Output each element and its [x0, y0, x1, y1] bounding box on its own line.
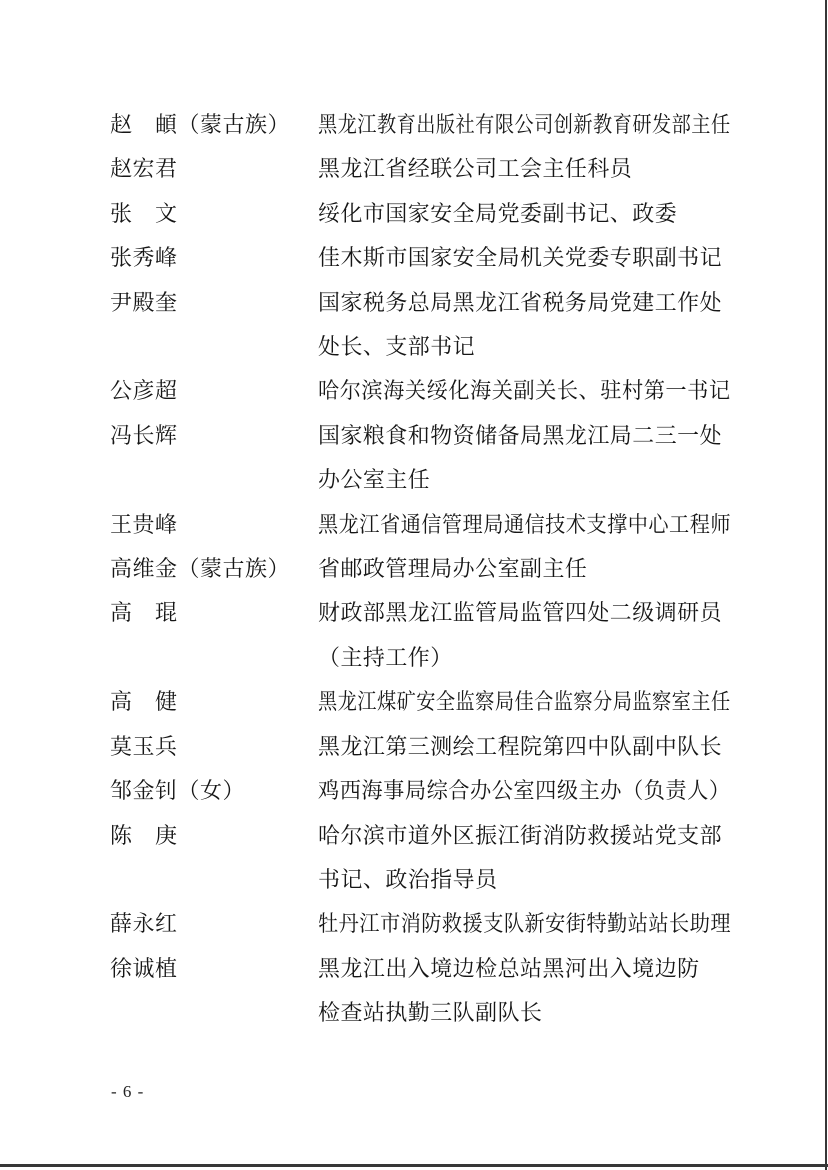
list-entry: 王贵峰黑龙江省通信管理局通信技术支撑中心工程师: [110, 503, 760, 547]
list-entry: 赵宏君黑龙江省经联公司工会主任科员: [110, 147, 760, 191]
list-entry: 张秀峰佳木斯市国家安全局机关党委专职副书记: [110, 236, 760, 280]
scan-edge-bottom-line: [0, 1164, 828, 1167]
list-entry: 张 文绥化市国家安全局党委副书记、政委: [110, 192, 760, 236]
list-entry: 尹殿奎国家税务总局黑龙江省税务局党建工作处处长、支部书记: [110, 281, 760, 370]
person-position: 黑龙江省通信管理局通信技术支撑中心工程师: [318, 503, 732, 547]
position-line: 鸡西海事局综合办公室四级主办（负责人）: [318, 769, 718, 813]
person-name: 张秀峰: [110, 236, 318, 280]
person-position: 黑龙江第三测绘工程院第四中队副中队长: [318, 725, 732, 769]
position-line: 书记、政治指导员: [318, 858, 731, 902]
person-name: 徐诚植: [110, 947, 318, 991]
list-entry: 高 健黑龙江煤矿安全监察局佳合监察分局监察室主任: [110, 680, 760, 724]
person-position: 绥化市国家安全局党委副书记、政委: [318, 192, 732, 236]
person-name: 赵 頔（蒙古族）: [110, 103, 318, 147]
person-name: 王贵峰: [110, 503, 318, 547]
person-position: 国家粮食和物资储备局黑龙江局二三一处办公室主任: [318, 414, 732, 503]
position-line: 黑龙江教育出版社有限公司创新教育研发部主任: [318, 103, 680, 147]
person-name: 赵宏君: [110, 147, 318, 191]
list-entry: 陈 庚哈尔滨市道外区振江街消防救援站党支部书记、政治指导员: [110, 814, 760, 903]
person-name: 冯长辉: [110, 414, 318, 458]
list-entry: 公彦超哈尔滨海关绥化海关副关长、驻村第一书记: [110, 369, 760, 413]
position-line: 牡丹江市消防救援支队新安街特勤站站长助理: [318, 902, 698, 946]
list-entry: 莫玉兵黑龙江第三测绘工程院第四中队副中队长: [110, 725, 760, 769]
person-name: 高 健: [110, 680, 318, 724]
position-line: 财政部黑龙江监管局监管四处二级调研员: [318, 591, 731, 635]
position-line: 处长、支部书记: [318, 325, 731, 369]
person-name: 张 文: [110, 192, 318, 236]
position-line: 黑龙江出入境边检总站黑河出入境边防: [318, 947, 731, 991]
document-page: 赵 頔（蒙古族）黑龙江教育出版社有限公司创新教育研发部主任赵宏君黑龙江省经联公司…: [0, 0, 828, 1170]
position-line: 哈尔滨市道外区振江街消防救援站党支部: [318, 814, 731, 858]
person-position: 黑龙江省经联公司工会主任科员: [318, 147, 732, 191]
person-position: 佳木斯市国家安全局机关党委专职副书记: [318, 236, 732, 280]
person-name: 高 琨: [110, 591, 318, 635]
position-line: 黑龙江煤矿安全监察局佳合监察分局监察室主任: [318, 680, 680, 724]
list-entry: 高维金（蒙古族）省邮政管理局办公室副主任: [110, 547, 760, 591]
position-line: 佳木斯市国家安全局机关党委专职副书记: [318, 236, 731, 280]
position-line: 黑龙江第三测绘工程院第四中队副中队长: [318, 725, 731, 769]
person-position: 牡丹江市消防救援支队新安街特勤站站长助理: [318, 902, 732, 946]
person-position: 国家税务总局黑龙江省税务局党建工作处处长、支部书记: [318, 281, 732, 370]
position-line: 哈尔滨海关绥化海关副关长、驻村第一书记: [318, 369, 718, 413]
position-line: 省邮政管理局办公室副主任: [318, 547, 731, 591]
list-entry: 赵 頔（蒙古族）黑龙江教育出版社有限公司创新教育研发部主任: [110, 103, 760, 147]
person-name: 薛永红: [110, 902, 318, 946]
position-line: 办公室主任: [318, 458, 731, 502]
person-name: 公彦超: [110, 369, 318, 413]
page-number: - 6 -: [111, 1082, 144, 1102]
person-name: 莫玉兵: [110, 725, 318, 769]
honor-list: 赵 頔（蒙古族）黑龙江教育出版社有限公司创新教育研发部主任赵宏君黑龙江省经联公司…: [110, 103, 760, 1036]
position-line: 国家粮食和物资储备局黑龙江局二三一处: [318, 414, 731, 458]
person-position: 省邮政管理局办公室副主任: [318, 547, 732, 591]
person-name: 尹殿奎: [110, 281, 318, 325]
person-position: 哈尔滨市道外区振江街消防救援站党支部书记、政治指导员: [318, 814, 732, 903]
person-position: 哈尔滨海关绥化海关副关长、驻村第一书记: [318, 369, 732, 413]
position-line: 绥化市国家安全局党委副书记、政委: [318, 192, 731, 236]
position-line: 国家税务总局黑龙江省税务局党建工作处: [318, 281, 731, 325]
person-position: 财政部黑龙江监管局监管四处二级调研员（主持工作）: [318, 591, 732, 680]
person-name: 高维金（蒙古族）: [110, 547, 318, 591]
list-entry: 高 琨财政部黑龙江监管局监管四处二级调研员（主持工作）: [110, 591, 760, 680]
list-entry: 薛永红牡丹江市消防救援支队新安街特勤站站长助理: [110, 902, 760, 946]
person-position: 黑龙江出入境边检总站黑河出入境边防检查站执勤三队副队长: [318, 947, 732, 1036]
person-name: 邹金钊（女）: [110, 769, 318, 813]
person-position: 鸡西海事局综合办公室四级主办（负责人）: [318, 769, 732, 813]
list-entry: 邹金钊（女）鸡西海事局综合办公室四级主办（负责人）: [110, 769, 760, 813]
scan-edge-right-line: [825, 0, 827, 1170]
list-entry: 冯长辉国家粮食和物资储备局黑龙江局二三一处办公室主任: [110, 414, 760, 503]
position-line: 检查站执勤三队副队长: [318, 991, 731, 1035]
position-line: 黑龙江省通信管理局通信技术支撑中心工程师: [318, 503, 698, 547]
list-entry: 徐诚植黑龙江出入境边检总站黑河出入境边防检查站执勤三队副队长: [110, 947, 760, 1036]
position-line: 黑龙江省经联公司工会主任科员: [318, 147, 731, 191]
position-line: （主持工作）: [318, 636, 731, 680]
person-position: 黑龙江煤矿安全监察局佳合监察分局监察室主任: [318, 680, 732, 724]
person-position: 黑龙江教育出版社有限公司创新教育研发部主任: [318, 103, 732, 147]
person-name: 陈 庚: [110, 814, 318, 858]
